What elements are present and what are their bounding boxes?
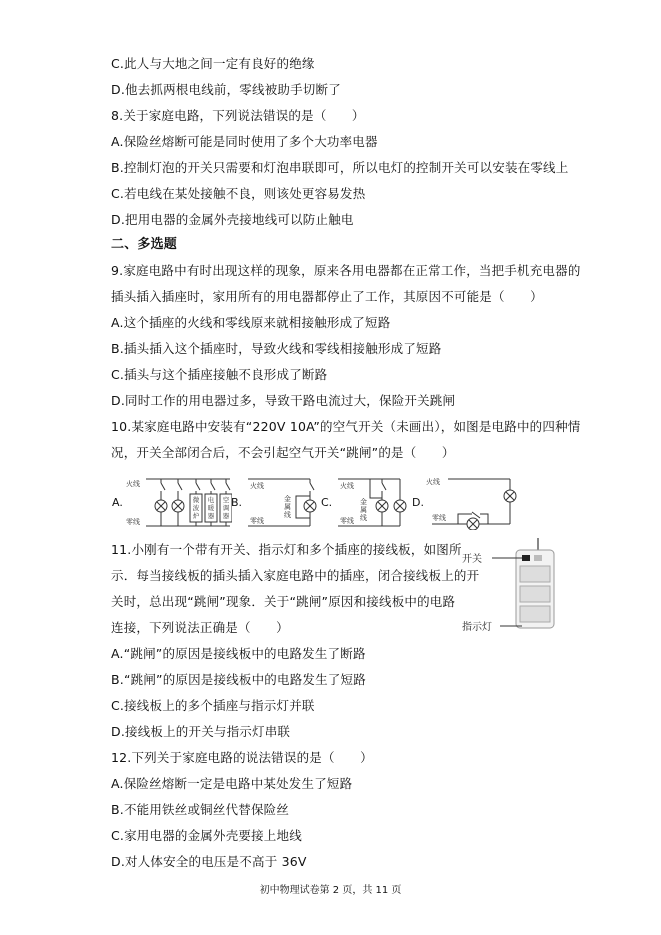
svg-text:零线: 零线 [432, 513, 446, 522]
svg-text:器: 器 [208, 511, 215, 520]
text-line: 插头插入插座时，家用所有的用电器都停止了工作，其原因不可能是（ ） [111, 289, 543, 305]
text-line: A.这个插座的火线和零线原来就相接触形成了短路 [111, 315, 390, 331]
text-line: 8.关于家庭电路，下列说法错误的是（ ） [111, 108, 365, 124]
text-line: D.把用电器的金属外壳接地线可以防止触电 [111, 212, 354, 228]
switch-label: 开关 [462, 553, 482, 565]
power-strip-image: 开关 指示灯 [460, 536, 565, 636]
text-line: C.此人与大地之间一定有良好的绝缘 [111, 56, 315, 72]
text-line: 关时，总出现“跳闸”现象．关于“跳闸”原因和接线板中的电路 [111, 594, 455, 610]
text-line: D.对人体安全的电压是不高于 36V [111, 854, 307, 870]
svg-text:属: 属 [284, 502, 291, 511]
text-line: 连接，下列说法正确是（ ） [111, 620, 289, 636]
option-d-label: D. [412, 496, 424, 509]
svg-text:零线: 零线 [250, 516, 264, 525]
svg-text:火线: 火线 [250, 481, 264, 490]
svg-text:火线: 火线 [426, 477, 440, 486]
svg-text:火线: 火线 [126, 479, 140, 488]
option-b-label: B. [231, 496, 242, 509]
text-line: B.插头插入这个插座时，导致火线和零线相接触形成了短路 [111, 341, 441, 357]
circuit-diagram-c: 火线零线 金属线 [334, 476, 414, 528]
svg-text:调: 调 [223, 504, 230, 512]
svg-text:空: 空 [223, 495, 230, 504]
option-a-label: A. [112, 496, 123, 509]
text-line: D.他去抓两根电线前，零线被助手切断了 [111, 82, 341, 98]
svg-text:属: 属 [360, 505, 367, 514]
text-line: A.“跳闸”的原因是接线板中的电路发生了断路 [111, 646, 366, 662]
svg-text:线: 线 [360, 513, 367, 522]
svg-text:暖: 暖 [208, 503, 215, 512]
svg-text:金: 金 [284, 494, 291, 503]
svg-text:炉: 炉 [193, 511, 200, 520]
svg-text:零线: 零线 [126, 517, 140, 526]
svg-text:火线: 火线 [340, 481, 354, 490]
svg-text:线: 线 [284, 510, 291, 519]
text-line: C.若电线在某处接触不良，则该处更容易发热 [111, 186, 365, 202]
svg-text:金: 金 [360, 497, 367, 506]
svg-text:器: 器 [223, 511, 230, 520]
text-line: 9.家庭电路中有时出现这样的现象，原来各用电器都在正常工作，当把手机充电器的 [111, 263, 581, 279]
text-line: B.不能用铁丝或铜丝代替保险丝 [111, 802, 289, 818]
text-line: 11.小刚有一个带有开关、指示灯和多个插座的接线板，如图所 [111, 542, 462, 558]
text-line: D.接线板上的开关与指示灯串联 [111, 724, 290, 740]
circuit-diagram-d: 火线零线 [424, 476, 528, 530]
text-line: C.家用电器的金属外壳要接上地线 [111, 828, 302, 844]
circuit-diagram-a: 火线 零线 微波炉 电暖器 空调器 [124, 476, 232, 528]
text-line: C.插头与这个插座接触不良形成了断路 [111, 367, 327, 383]
text-line: B.控制灯泡的开关只需要和灯泡串联即可，所以电灯的控制开关可以安装在零线上 [111, 160, 568, 176]
text-line: 12.下列关于家庭电路的说法错误的是（ ） [111, 750, 373, 766]
svg-text:微: 微 [193, 495, 200, 504]
svg-text:波: 波 [193, 503, 200, 512]
text-line: 况，开关全部闭合后，不会引起空气开关“跳闸”的是（ ） [111, 445, 455, 461]
option-c-label: C. [321, 496, 332, 509]
page-footer: 初中物理试卷第 2 页，共 11 页 [0, 881, 661, 896]
text-line: D.同时工作的用电器过多，导致干路电流过大，保险开关跳闸 [111, 393, 455, 409]
svg-text:零线: 零线 [340, 516, 354, 525]
indicator-label: 指示灯 [462, 620, 492, 633]
text-line: A.保险丝熔断可能是同时使用了多个大功率电器 [111, 134, 378, 150]
section-heading: 二、多选题 [111, 237, 177, 253]
text-line: C.接线板上的多个插座与指示灯并联 [111, 698, 315, 714]
text-line: B.“跳闸”的原因是接线板中的电路发生了短路 [111, 672, 366, 688]
text-line: 10.某家庭电路中安装有“220V 10A”的空气开关（未画出），如图是电路中的… [111, 419, 580, 435]
text-line: 示．每当接线板的插头插入家庭电路中的插座，闭合接线板上的开 [111, 568, 479, 584]
text-line: A.保险丝熔断一定是电路中某处发生了短路 [111, 776, 352, 792]
circuit-diagram-b: 火线零线 金属线 [244, 476, 324, 528]
svg-text:电: 电 [208, 495, 215, 504]
